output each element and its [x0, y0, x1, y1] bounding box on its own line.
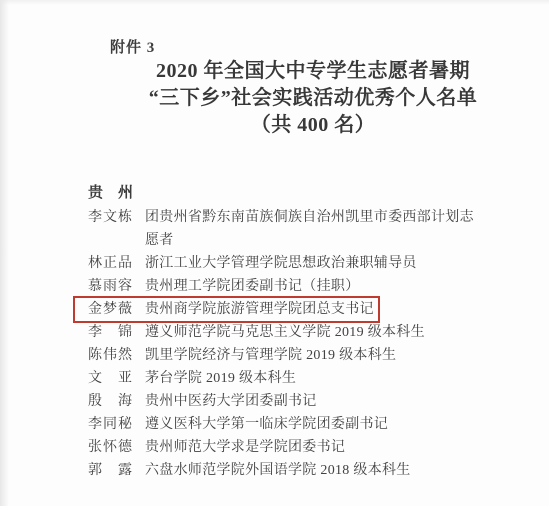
person-name: 李文栋 [88, 206, 134, 229]
list-item: 殷 海 贵州中医药大学团委副书记 [88, 390, 493, 413]
list-item: 林正品 浙江工业大学管理学院思想政治兼职辅导员 [88, 252, 493, 275]
document-page: 附件 3 2020 年全国大中专学生志愿者暑期 “三下乡”社会实践活动优秀个人名… [0, 0, 549, 506]
annex-label: 附件 3 [110, 36, 155, 57]
person-name: 金梦薇 [88, 298, 134, 321]
person-name: 张怀德 [88, 436, 134, 459]
person-affiliation: 茅台学院 2019 级本科生 [145, 367, 477, 390]
person-name: 陈伟然 [88, 344, 134, 367]
person-name: 李同秘 [88, 413, 134, 436]
list-item: 文 亚 茅台学院 2019 级本科生 [88, 367, 493, 390]
person-affiliation: 贵州商学院旅游管理学院团总支书记 [145, 298, 477, 321]
list-item: 李文栋 团贵州省黔东南苗族侗族自治州凯里市委西部计划志愿者 [88, 206, 493, 252]
person-name: 慕雨容 [88, 275, 134, 298]
list-item: 张怀德 贵州师范大学求是学院团委书记 [88, 436, 493, 459]
person-affiliation: 贵州中医药大学团委副书记 [145, 390, 477, 413]
list-item: 李同秘 遵义医科大学第一临床学院团委副书记 [88, 413, 493, 436]
list-item: 金梦薇 贵州商学院旅游管理学院团总支书记 [88, 298, 493, 321]
person-affiliation: 遵义师范学院马克思主义学院 2019 级本科生 [145, 321, 477, 344]
person-name: 林正品 [88, 252, 134, 275]
list-item: 李 锦 遵义师范学院马克思主义学院 2019 级本科生 [88, 321, 493, 344]
award-list: 李文栋 团贵州省黔东南苗族侗族自治州凯里市委西部计划志愿者 林正品 浙江工业大学… [88, 206, 493, 482]
person-affiliation: 遵义医科大学第一临床学院团委副书记 [145, 413, 477, 436]
person-name: 殷 海 [88, 390, 134, 413]
person-name: 文 亚 [88, 367, 134, 390]
title-line-1: 2020 年全国大中专学生志愿者暑期 [78, 58, 548, 85]
person-affiliation: 团贵州省黔东南苗族侗族自治州凯里市委西部计划志愿者 [145, 206, 477, 252]
document-title: 2020 年全国大中专学生志愿者暑期 “三下乡”社会实践活动优秀个人名单 （共 … [78, 58, 548, 139]
title-line-2: “三下乡”社会实践活动优秀个人名单 [78, 85, 548, 112]
person-affiliation: 贵州师范大学求是学院团委书记 [145, 436, 477, 459]
person-name: 郭 露 [88, 459, 134, 482]
section-header-guizhou: 贵 州 [88, 181, 133, 202]
list-item: 郭 露 六盘水师范学院外国语学院 2018 级本科生 [88, 459, 493, 482]
person-affiliation: 凯里学院经济与管理学院 2019 级本科生 [145, 344, 477, 367]
person-name: 李 锦 [88, 321, 134, 344]
person-affiliation: 六盘水师范学院外国语学院 2018 级本科生 [145, 459, 477, 482]
person-affiliation: 贵州理工学院团委副书记（挂职） [145, 275, 477, 298]
title-count: （共 400 名） [78, 112, 548, 139]
list-item: 陈伟然 凯里学院经济与管理学院 2019 级本科生 [88, 344, 493, 367]
list-item: 慕雨容 贵州理工学院团委副书记（挂职） [88, 275, 493, 298]
person-affiliation: 浙江工业大学管理学院思想政治兼职辅导员 [145, 252, 477, 275]
